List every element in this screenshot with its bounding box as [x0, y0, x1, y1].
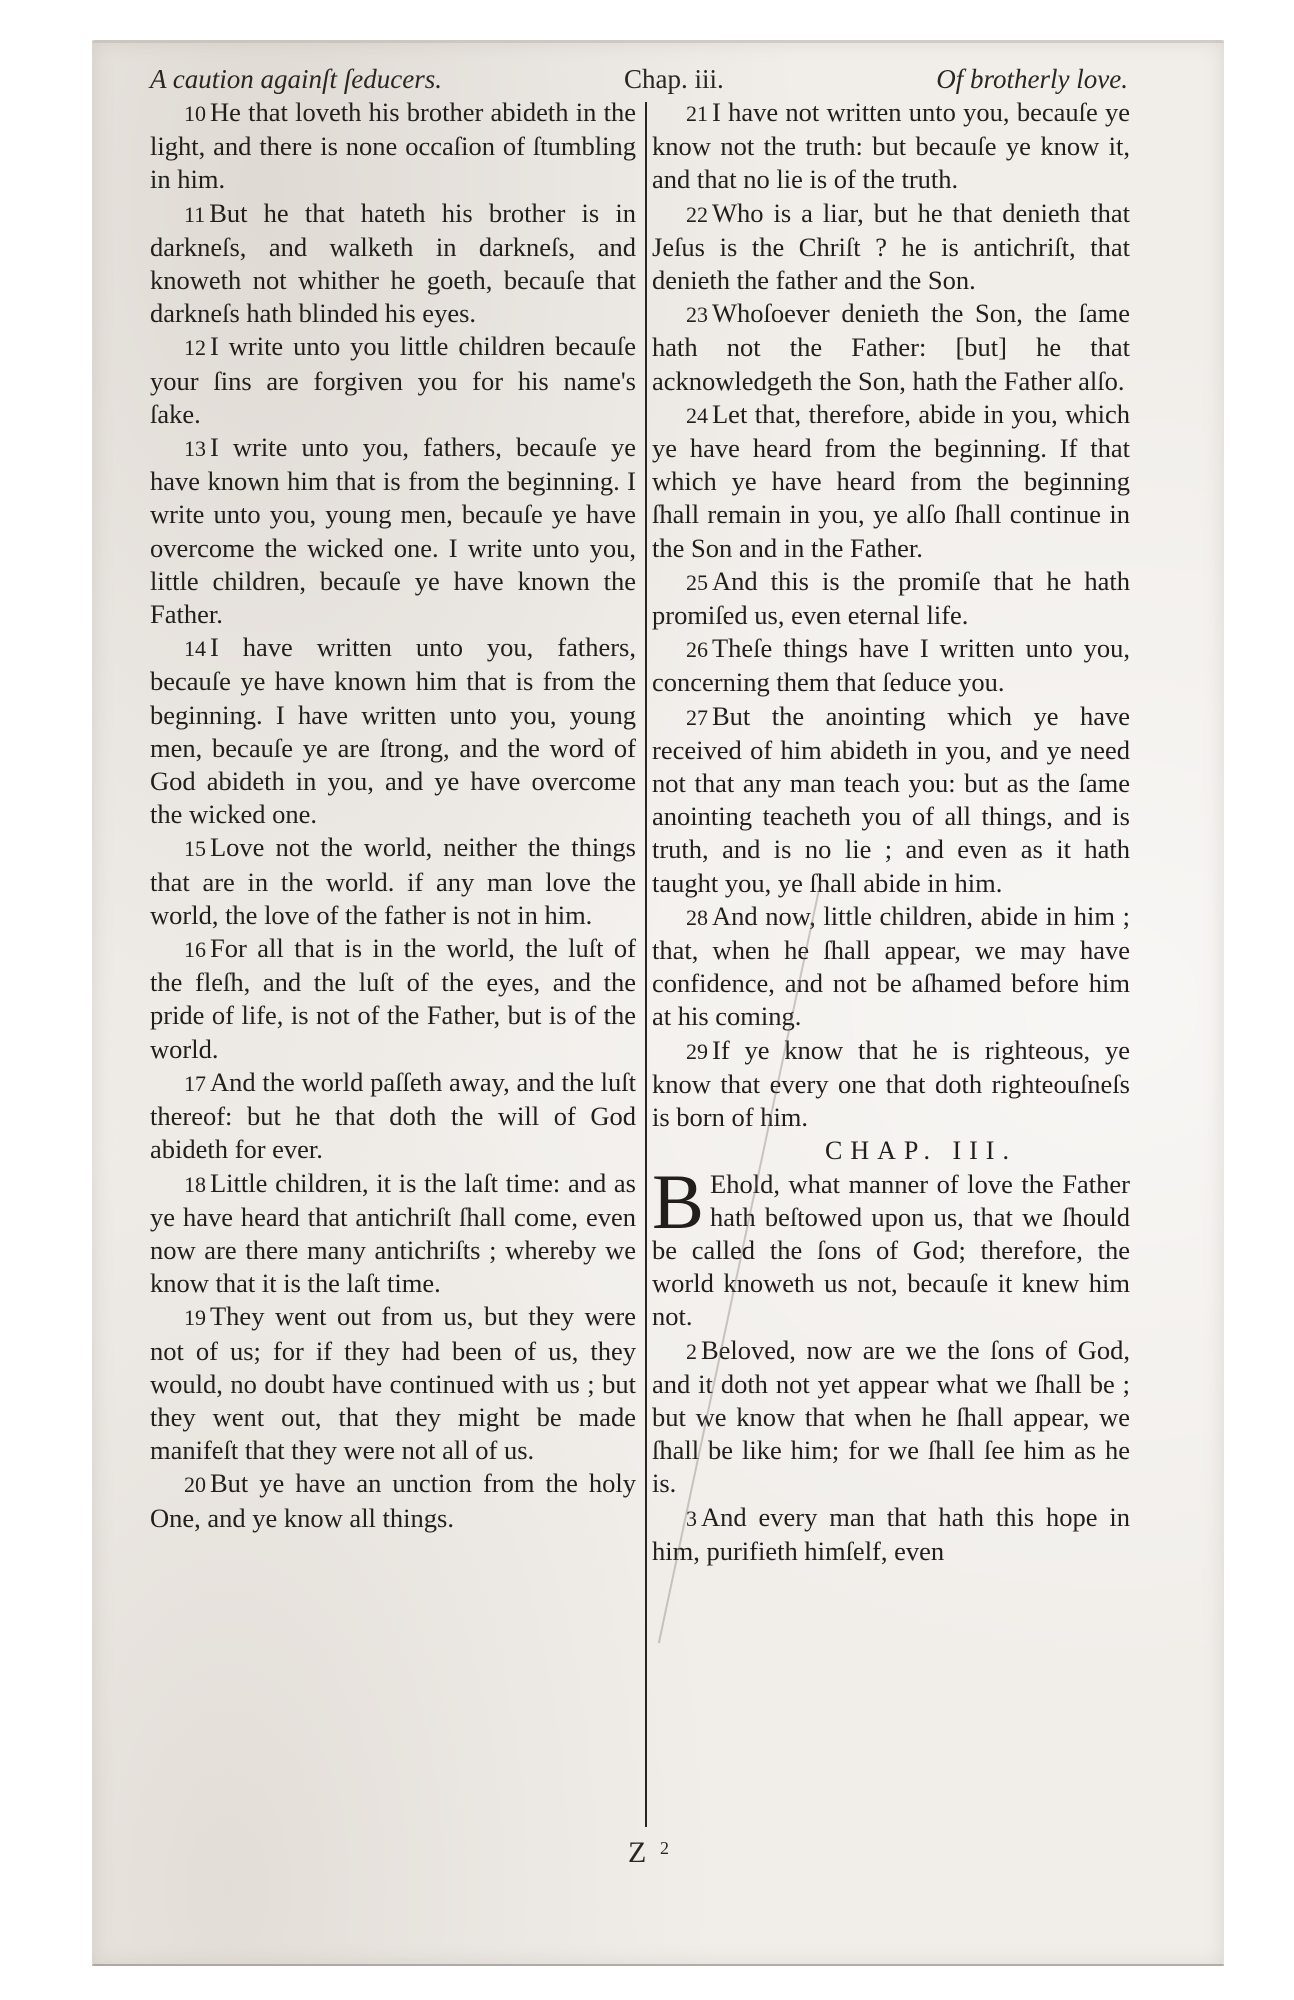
verse-text: Beloved, now are we the ſons of God, and… [652, 1335, 1130, 1499]
verse-number: 26 [686, 637, 708, 662]
verse-text: I write unto you little children becauſe… [150, 331, 636, 428]
verse-number: 19 [184, 1305, 206, 1330]
verse-text: Little children, it is the laſt time: an… [150, 1168, 636, 1299]
column-divider-rule [645, 102, 647, 1827]
verse-number: 23 [686, 302, 708, 327]
verse: 18Little children, it is the laſt time: … [150, 1167, 636, 1301]
verse: 3And every man that hath this hope in hi… [652, 1501, 1130, 1568]
verse: 2Beloved, now are we the ſons of God, an… [652, 1334, 1130, 1501]
verse: 10He that loveth his brother abideth in … [150, 96, 636, 197]
verse-number: 24 [686, 403, 708, 428]
verse: 25And this is the promiſe that he hath p… [652, 565, 1130, 632]
verse: 29If ye know that he is righteous, ye kn… [652, 1034, 1130, 1135]
verse: 16For all that is in the world, the luſt… [150, 932, 636, 1066]
verse-number: 12 [184, 335, 206, 360]
paper-top-edge [92, 40, 1224, 43]
right-column: 21I have not written unto you, becauſe y… [652, 96, 1130, 1568]
verse: 11But he that hateth his brother is in d… [150, 197, 636, 331]
verse-text: They went out from us, but they were not… [150, 1301, 636, 1465]
verse-text: If ye know that he is righteous, ye know… [652, 1035, 1130, 1132]
verse: 21I have not written unto you, becauſe y… [652, 96, 1130, 197]
verse-number: 15 [184, 836, 206, 861]
verse-text: And every man that hath this hope in him… [652, 1502, 1130, 1566]
verse-text: But the anointing which ye have received… [652, 701, 1130, 898]
verse-text: And the world paſſeth away, and the luſt… [150, 1067, 636, 1164]
verse-text: Theſe things have I written unto you, co… [652, 633, 1130, 697]
verse-text: And now, little children, abide in him ;… [652, 901, 1130, 1032]
verse: 17And the world paſſeth away, and the lu… [150, 1066, 636, 1167]
running-head-left: A caution againſt ſeducers. [150, 64, 442, 95]
verse: 23Whoſoever denieth the Son, the ſame ha… [652, 297, 1130, 398]
verse-text: I write unto you, fathers, becauſe ye ha… [150, 432, 636, 629]
chapter-opening-paragraph: BEhold, what manner of love the Father h… [652, 1168, 1130, 1334]
drop-cap-letter: B [652, 1172, 704, 1232]
verse-number: 2 [686, 1339, 697, 1364]
verse: 27But the anointing which ye have receiv… [652, 700, 1130, 900]
verse-number: 27 [686, 705, 708, 730]
verse: 26Theſe things have I written unto you, … [652, 632, 1130, 699]
verse-text: Love not the world, neither the things t… [150, 832, 636, 929]
verse-text: Who is a liar, but he that denieth that … [652, 198, 1130, 295]
verse: 15Love not the world, neither the things… [150, 831, 636, 932]
chapter-heading: CHAP. III. [712, 1134, 1130, 1167]
verse: 14I have written unto you, fathers, beca… [150, 631, 636, 831]
verse-number: 18 [184, 1172, 206, 1197]
signature-mark-number: 2 [660, 1838, 669, 1859]
verse: 24Let that, therefore, abide in you, whi… [652, 398, 1130, 565]
verse-text: Let that, therefore, abide in you, which… [652, 399, 1130, 563]
signature-mark-letter: Z [628, 1836, 646, 1870]
verse-text: And this is the promiſe that he hath pro… [652, 566, 1130, 630]
verse-number: 21 [686, 101, 708, 126]
verse-number: 11 [184, 202, 205, 227]
verse-number: 10 [184, 101, 206, 126]
paper-bottom-edge [92, 1964, 1224, 1966]
chapter-opening-text: Ehold, what manner of love the Father ha… [652, 1169, 1130, 1332]
verse-number: 29 [686, 1039, 708, 1064]
verse-number: 16 [184, 937, 206, 962]
verse-number: 20 [184, 1472, 206, 1497]
verse-text: I have written unto you, fathers, becauſ… [150, 632, 636, 829]
verse-text: For all that is in the world, the luſt o… [150, 933, 636, 1064]
left-column: 10He that loveth his brother abideth in … [150, 96, 636, 1535]
verse-number: 22 [686, 202, 708, 227]
verse-number: 25 [686, 570, 708, 595]
running-head-chapter: Chap. iii. [624, 64, 724, 95]
verse-text: But he that hateth his brother is in dar… [150, 198, 636, 329]
verse-text: I have not written unto you, becauſe ye … [652, 97, 1130, 194]
running-head-right: Of brotherly love. [936, 64, 1128, 95]
verse-number: 28 [686, 905, 708, 930]
verse-number: 17 [184, 1071, 206, 1096]
verse-text: Whoſoever denieth the Son, the ſame hath… [652, 298, 1130, 395]
verse: 13I write unto you, fathers, becauſe ye … [150, 431, 636, 631]
verse-text: But ye have an unction from the holy One… [150, 1468, 636, 1532]
verse: 19They went out from us, but they were n… [150, 1300, 636, 1467]
verse-number: 14 [184, 636, 206, 661]
verse-text: He that loveth his brother abideth in th… [150, 97, 636, 194]
verse: 20But ye have an unction from the holy O… [150, 1467, 636, 1534]
verse-number: 13 [184, 436, 206, 461]
verse: 22Who is a liar, but he that denieth tha… [652, 197, 1130, 298]
verse: 12I write unto you little children becau… [150, 330, 636, 431]
verse: 28And now, little children, abide in him… [652, 900, 1130, 1034]
